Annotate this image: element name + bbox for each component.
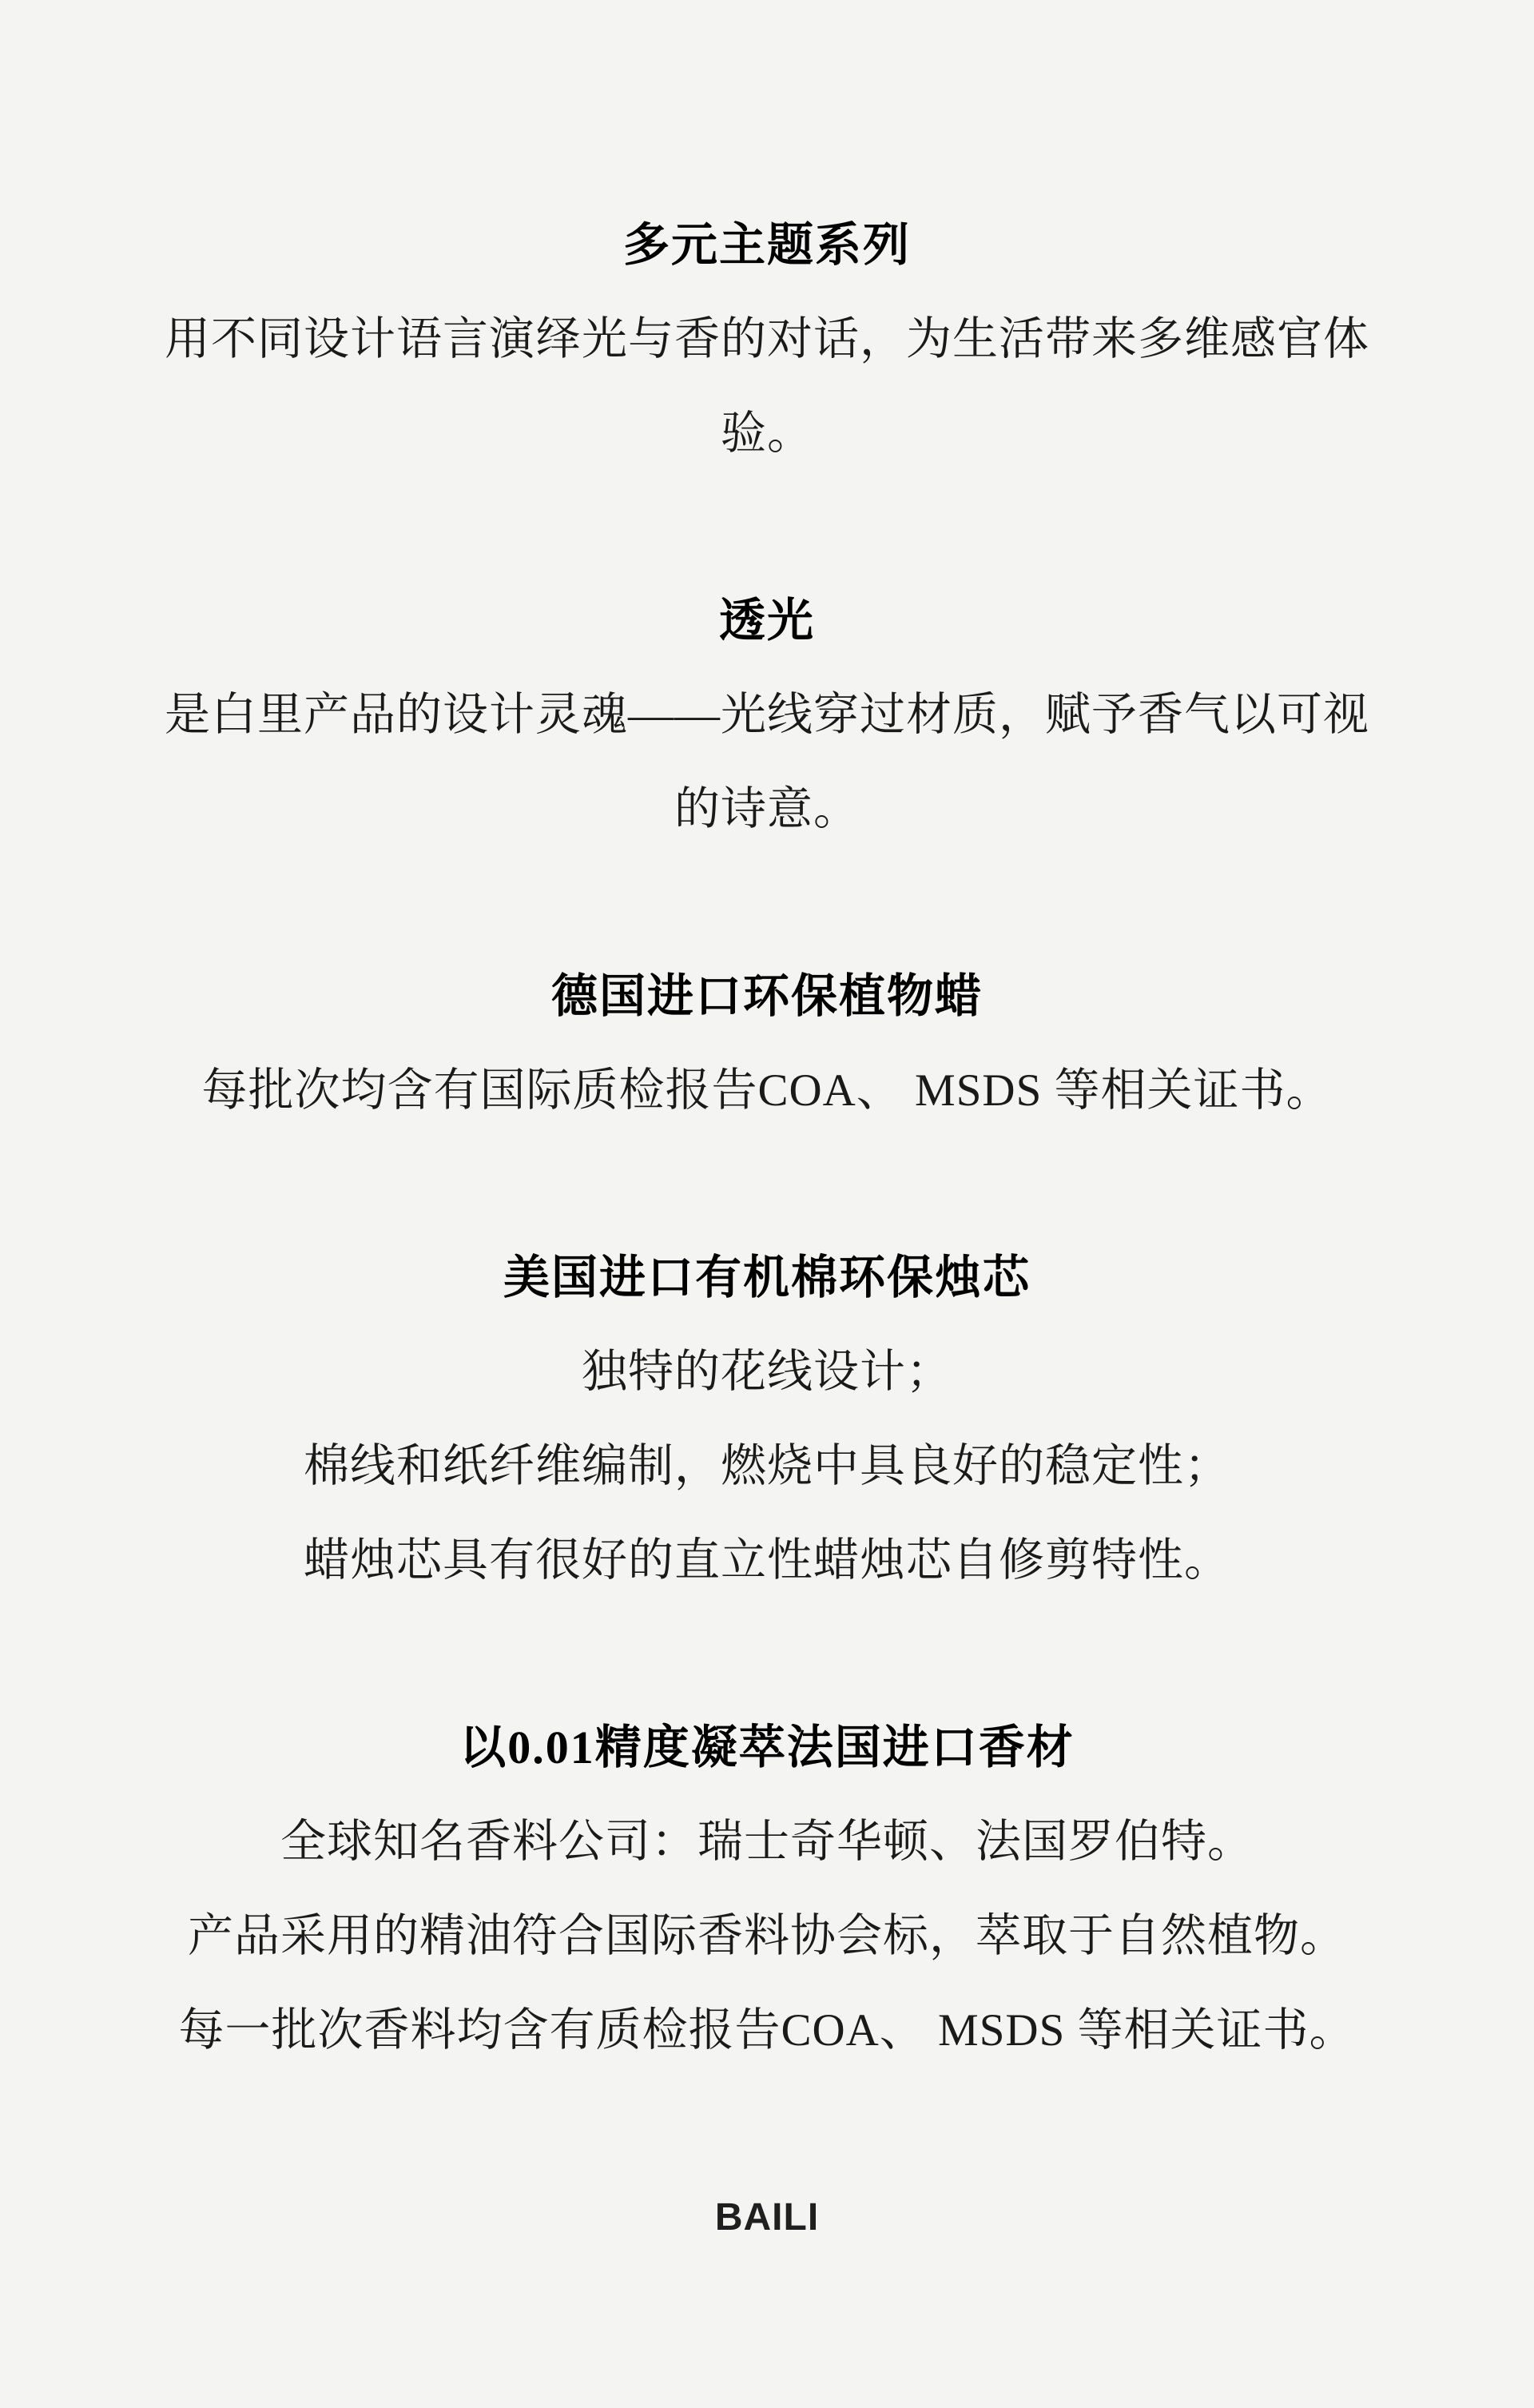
body-line: 每批次均含有国际质检报告COA、 MSDS 等相关证书。 [0, 1044, 1534, 1138]
section-heading: 多元主题系列 [0, 198, 1534, 293]
section-german-wax: 德国进口环保植物蜡 每批次均含有国际质检报告COA、 MSDS 等相关证书。 [0, 949, 1534, 1138]
body-line: 用不同设计语言演绎光与香的对话，为生活带来多维感官体 [0, 293, 1534, 387]
body-line: 每一批次香料均含有质检报告COA、 MSDS 等相关证书。 [0, 1984, 1534, 2078]
section-us-cotton-wick: 美国进口有机棉环保烛芯 独特的花线设计； 棉线和纸纤维编制，燃烧中具良好的稳定性… [0, 1231, 1534, 1608]
section-heading: 美国进口有机棉环保烛芯 [0, 1231, 1534, 1325]
body-line: 独特的花线设计； [0, 1325, 1534, 1419]
section-heading: 以0.01精度凝萃法国进口香材 [0, 1701, 1534, 1795]
section-translucency: 透光 是白里产品的设计灵魂——光线穿过材质，赋予香气以可视 的诗意。 [0, 574, 1534, 857]
body-line: 产品采用的精油符合国际香料协会标，萃取于自然植物。 [0, 1889, 1534, 1984]
section-heading: 德国进口环保植物蜡 [0, 949, 1534, 1044]
section-theme-series: 多元主题系列 用不同设计语言演绎光与香的对话，为生活带来多维感官体 验。 [0, 198, 1534, 481]
body-line: 全球知名香料公司：瑞士奇华顿、法国罗伯特。 [0, 1795, 1534, 1889]
body-line: 棉线和纸纤维编制，燃烧中具良好的稳定性； [0, 1419, 1534, 1514]
product-description-page: 多元主题系列 用不同设计语言演绎光与香的对话，为生活带来多维感官体 验。 透光 … [0, 0, 1534, 2408]
body-line: 是白里产品的设计灵魂——光线穿过材质，赋予香气以可视 [0, 668, 1534, 762]
body-line: 蜡烛芯具有很好的直立性蜡烛芯自修剪特性。 [0, 1514, 1534, 1608]
body-line: 验。 [0, 387, 1534, 481]
section-heading: 透光 [0, 574, 1534, 668]
section-french-fragrance: 以0.01精度凝萃法国进口香材 全球知名香料公司：瑞士奇华顿、法国罗伯特。 产品… [0, 1701, 1534, 2078]
body-line: 的诗意。 [0, 762, 1534, 857]
baili-logo: BAILI [0, 2171, 1534, 2265]
